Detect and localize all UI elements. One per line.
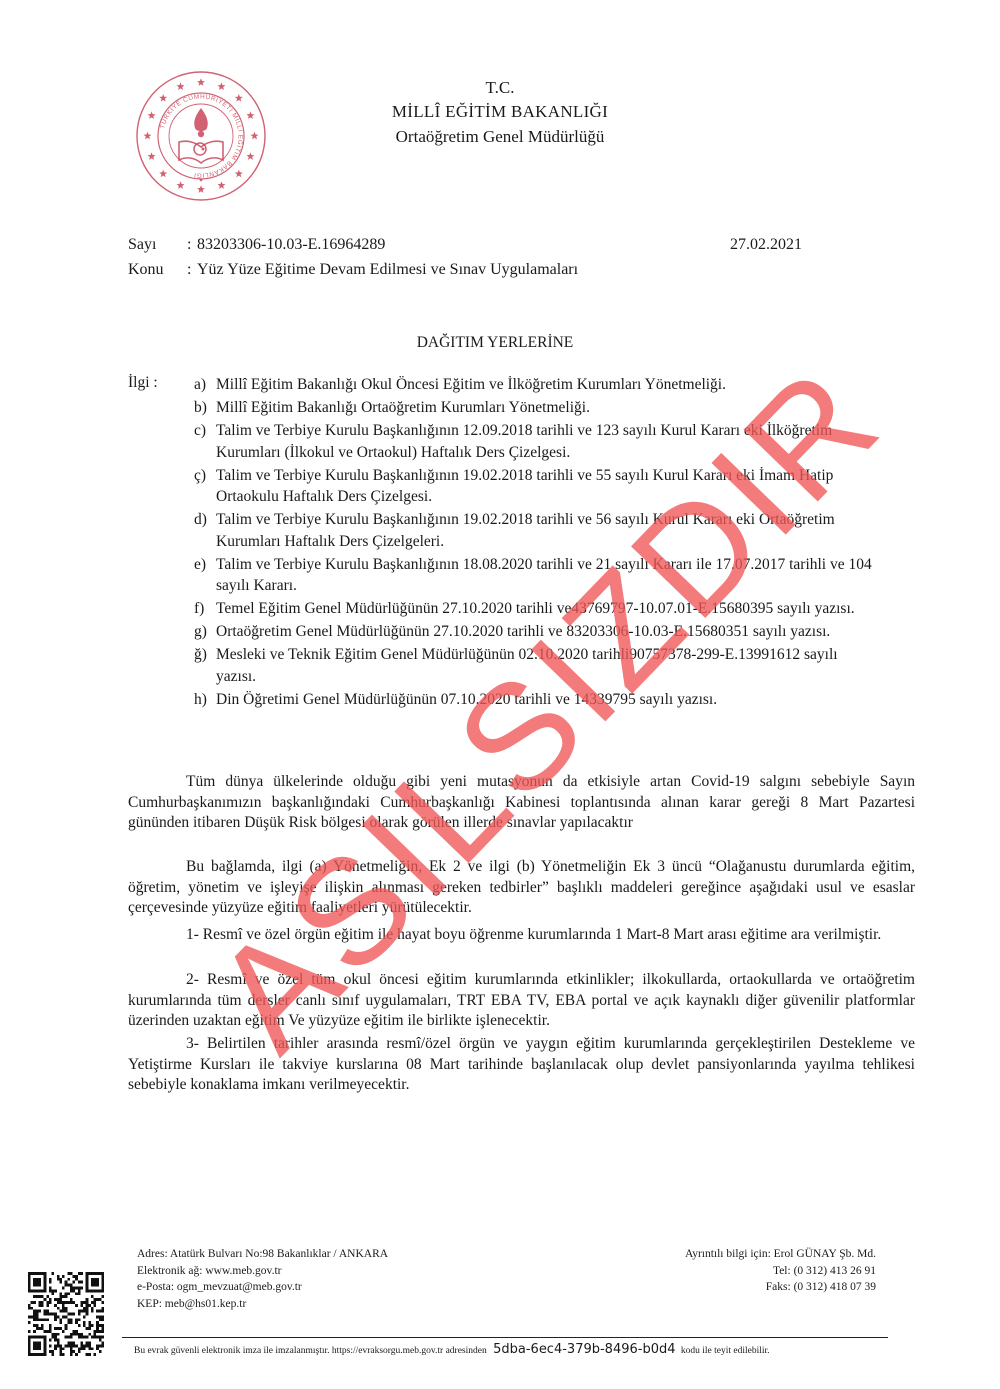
footer-tel: Tel: (0 312) 413 26 91 — [600, 1263, 876, 1280]
ilgi-marker: a) — [194, 374, 216, 396]
body-paragraph-4: 2- Resmî ve özel tüm okul öncesi eğitim … — [128, 970, 915, 1032]
ilgi-item-gg: ğ) Mesleki ve Teknik Eğitim Genel Müdürl… — [194, 644, 874, 687]
ilgi-item-a: a) Millî Eğitim Bakanlığı Okul Öncesi Eğ… — [194, 374, 874, 396]
paragraph-text: 2- Resmî ve özel tüm okul öncesi eğitim … — [128, 970, 915, 1032]
body-paragraph-5: 3- Belirtilen tarihler arasında resmî/öz… — [128, 1034, 915, 1096]
footer-web: Elektronik ağ: www.meb.gov.tr — [137, 1263, 388, 1280]
sayi-label: Sayı — [128, 236, 156, 254]
ilgi-text: Mesleki ve Teknik Eğitim Genel Müdürlüğü… — [216, 644, 874, 687]
paragraph-text: 1- Resmî ve özel örgün eğitim ile hayat … — [128, 925, 915, 946]
ilgi-text: Talim ve Terbiye Kurulu Başkanlığının 12… — [216, 420, 874, 463]
header-directorate: Ortaöğretim Genel Müdürlüğü — [300, 125, 700, 149]
ilgi-item-cc: ç) Talim ve Terbiye Kurulu Başkanlığının… — [194, 465, 874, 508]
ilgi-item-h: h) Din Öğretimi Genel Müdürlüğünün 07.10… — [194, 689, 874, 711]
ilgi-text: Ortaöğretim Genel Müdürlüğünün 27.10.202… — [216, 621, 874, 643]
ilgi-marker: ğ) — [194, 644, 216, 687]
meb-seal-icon: TÜRKİYE CUMHURİYETİ MİLLİ EĞİTİM BAKANLI… — [133, 68, 269, 204]
ilgi-item-f: f) Temel Eğitim Genel Müdürlüğünün 27.10… — [194, 598, 874, 620]
ilgi-text: Millî Eğitim Bakanlığı Okul Öncesi Eğiti… — [216, 374, 874, 396]
verification-code: 5dba-6ec4-379b-8496-b0d4 — [493, 1342, 675, 1357]
document-date: 27.02.2021 — [730, 236, 802, 254]
paragraph-text: 3- Belirtilen tarihler arasında resmî/öz… — [128, 1034, 915, 1096]
ilgi-list: a) Millî Eğitim Bakanlığı Okul Öncesi Eğ… — [194, 374, 874, 712]
footer-info-block: Ayrıntılı bilgi için: Erol GÜNAY Şb. Md.… — [600, 1246, 876, 1296]
footer-signature-note: Bu evrak güvenli elektronik imza ile imz… — [134, 1342, 770, 1357]
footer-kep: KEP: meb@hs01.kep.tr — [137, 1296, 388, 1313]
body-paragraph-2: Bu bağlamda, ilgi (a) Yönetmeliğin, Ek 2… — [128, 857, 915, 919]
ilgi-text: Din Öğretimi Genel Müdürlüğünün 07.10.20… — [216, 689, 874, 711]
ilgi-text: Millî Eğitim Bakanlığı Ortaöğretim Kurum… — [216, 397, 874, 419]
paragraph-text: Tüm dünya ülkelerinde olduğu gibi yeni m… — [128, 772, 915, 834]
footer-email: e-Posta: ogm_mevzuat@meb.gov.tr — [137, 1279, 388, 1296]
footer-fax: Faks: (0 312) 418 07 39 — [600, 1279, 876, 1296]
konu-colon: : — [187, 261, 191, 279]
meb-seal-logo: TÜRKİYE CUMHURİYETİ MİLLİ EĞİTİM BAKANLI… — [133, 68, 269, 204]
ilgi-marker: f) — [194, 598, 216, 620]
signature-suffix: kodu ile teyit edilebilir. — [681, 1346, 770, 1356]
ilgi-marker: e) — [194, 554, 216, 597]
ilgi-text: Talim ve Terbiye Kurulu Başkanlığının 19… — [216, 465, 874, 508]
paragraph-text: Bu bağlamda, ilgi (a) Yönetmeliğin, Ek 2… — [128, 857, 915, 919]
ilgi-label: İlgi : — [128, 374, 158, 392]
qr-code-icon — [28, 1272, 104, 1356]
ilgi-marker: d) — [194, 509, 216, 552]
ilgi-marker: ç) — [194, 465, 216, 508]
sayi-value: 83203306-10.03-E.16964289 — [197, 236, 385, 254]
footer-contact-person: Ayrıntılı bilgi için: Erol GÜNAY Şb. Md. — [600, 1246, 876, 1263]
ilgi-item-b: b) Millî Eğitim Bakanlığı Ortaöğretim Ku… — [194, 397, 874, 419]
ilgi-marker: c) — [194, 420, 216, 463]
ilgi-marker: h) — [194, 689, 216, 711]
ilgi-marker: b) — [194, 397, 216, 419]
footer-contact-block: Adres: Atatürk Bulvarı No:98 Bakanlıklar… — [137, 1246, 388, 1312]
ilgi-text: Talim ve Terbiye Kurulu Başkanlığının 19… — [216, 509, 874, 552]
body-paragraph-3: 1- Resmî ve özel örgün eğitim ile hayat … — [128, 925, 915, 946]
ilgi-item-c: c) Talim ve Terbiye Kurulu Başkanlığının… — [194, 420, 874, 463]
ilgi-marker: g) — [194, 621, 216, 643]
header-ministry: MİLLÎ EĞİTİM BAKANLIĞI — [300, 100, 700, 124]
konu-label: Konu — [128, 261, 164, 279]
konu-value: Yüz Yüze Eğitime Devam Edilmesi ve Sınav… — [197, 261, 578, 279]
signature-prefix: Bu evrak güvenli elektronik imza ile imz… — [134, 1346, 487, 1356]
ilgi-item-e: e) Talim ve Terbiye Kurulu Başkanlığının… — [194, 554, 874, 597]
ilgi-item-g: g) Ortaöğretim Genel Müdürlüğünün 27.10.… — [194, 621, 874, 643]
ilgi-text: Temel Eğitim Genel Müdürlüğünün 27.10.20… — [216, 598, 874, 620]
footer-divider — [122, 1337, 888, 1338]
body-paragraph-1: Tüm dünya ülkelerinde olduğu gibi yeni m… — [128, 772, 915, 834]
header-tc: T.C. — [300, 76, 700, 100]
sayi-colon: : — [187, 236, 191, 254]
distribution-title: DAĞITIM YERLERİNE — [300, 334, 690, 352]
ilgi-text: Talim ve Terbiye Kurulu Başkanlığının 18… — [216, 554, 874, 597]
footer-address: Adres: Atatürk Bulvarı No:98 Bakanlıklar… — [137, 1246, 388, 1263]
ilgi-item-d: d) Talim ve Terbiye Kurulu Başkanlığının… — [194, 509, 874, 552]
